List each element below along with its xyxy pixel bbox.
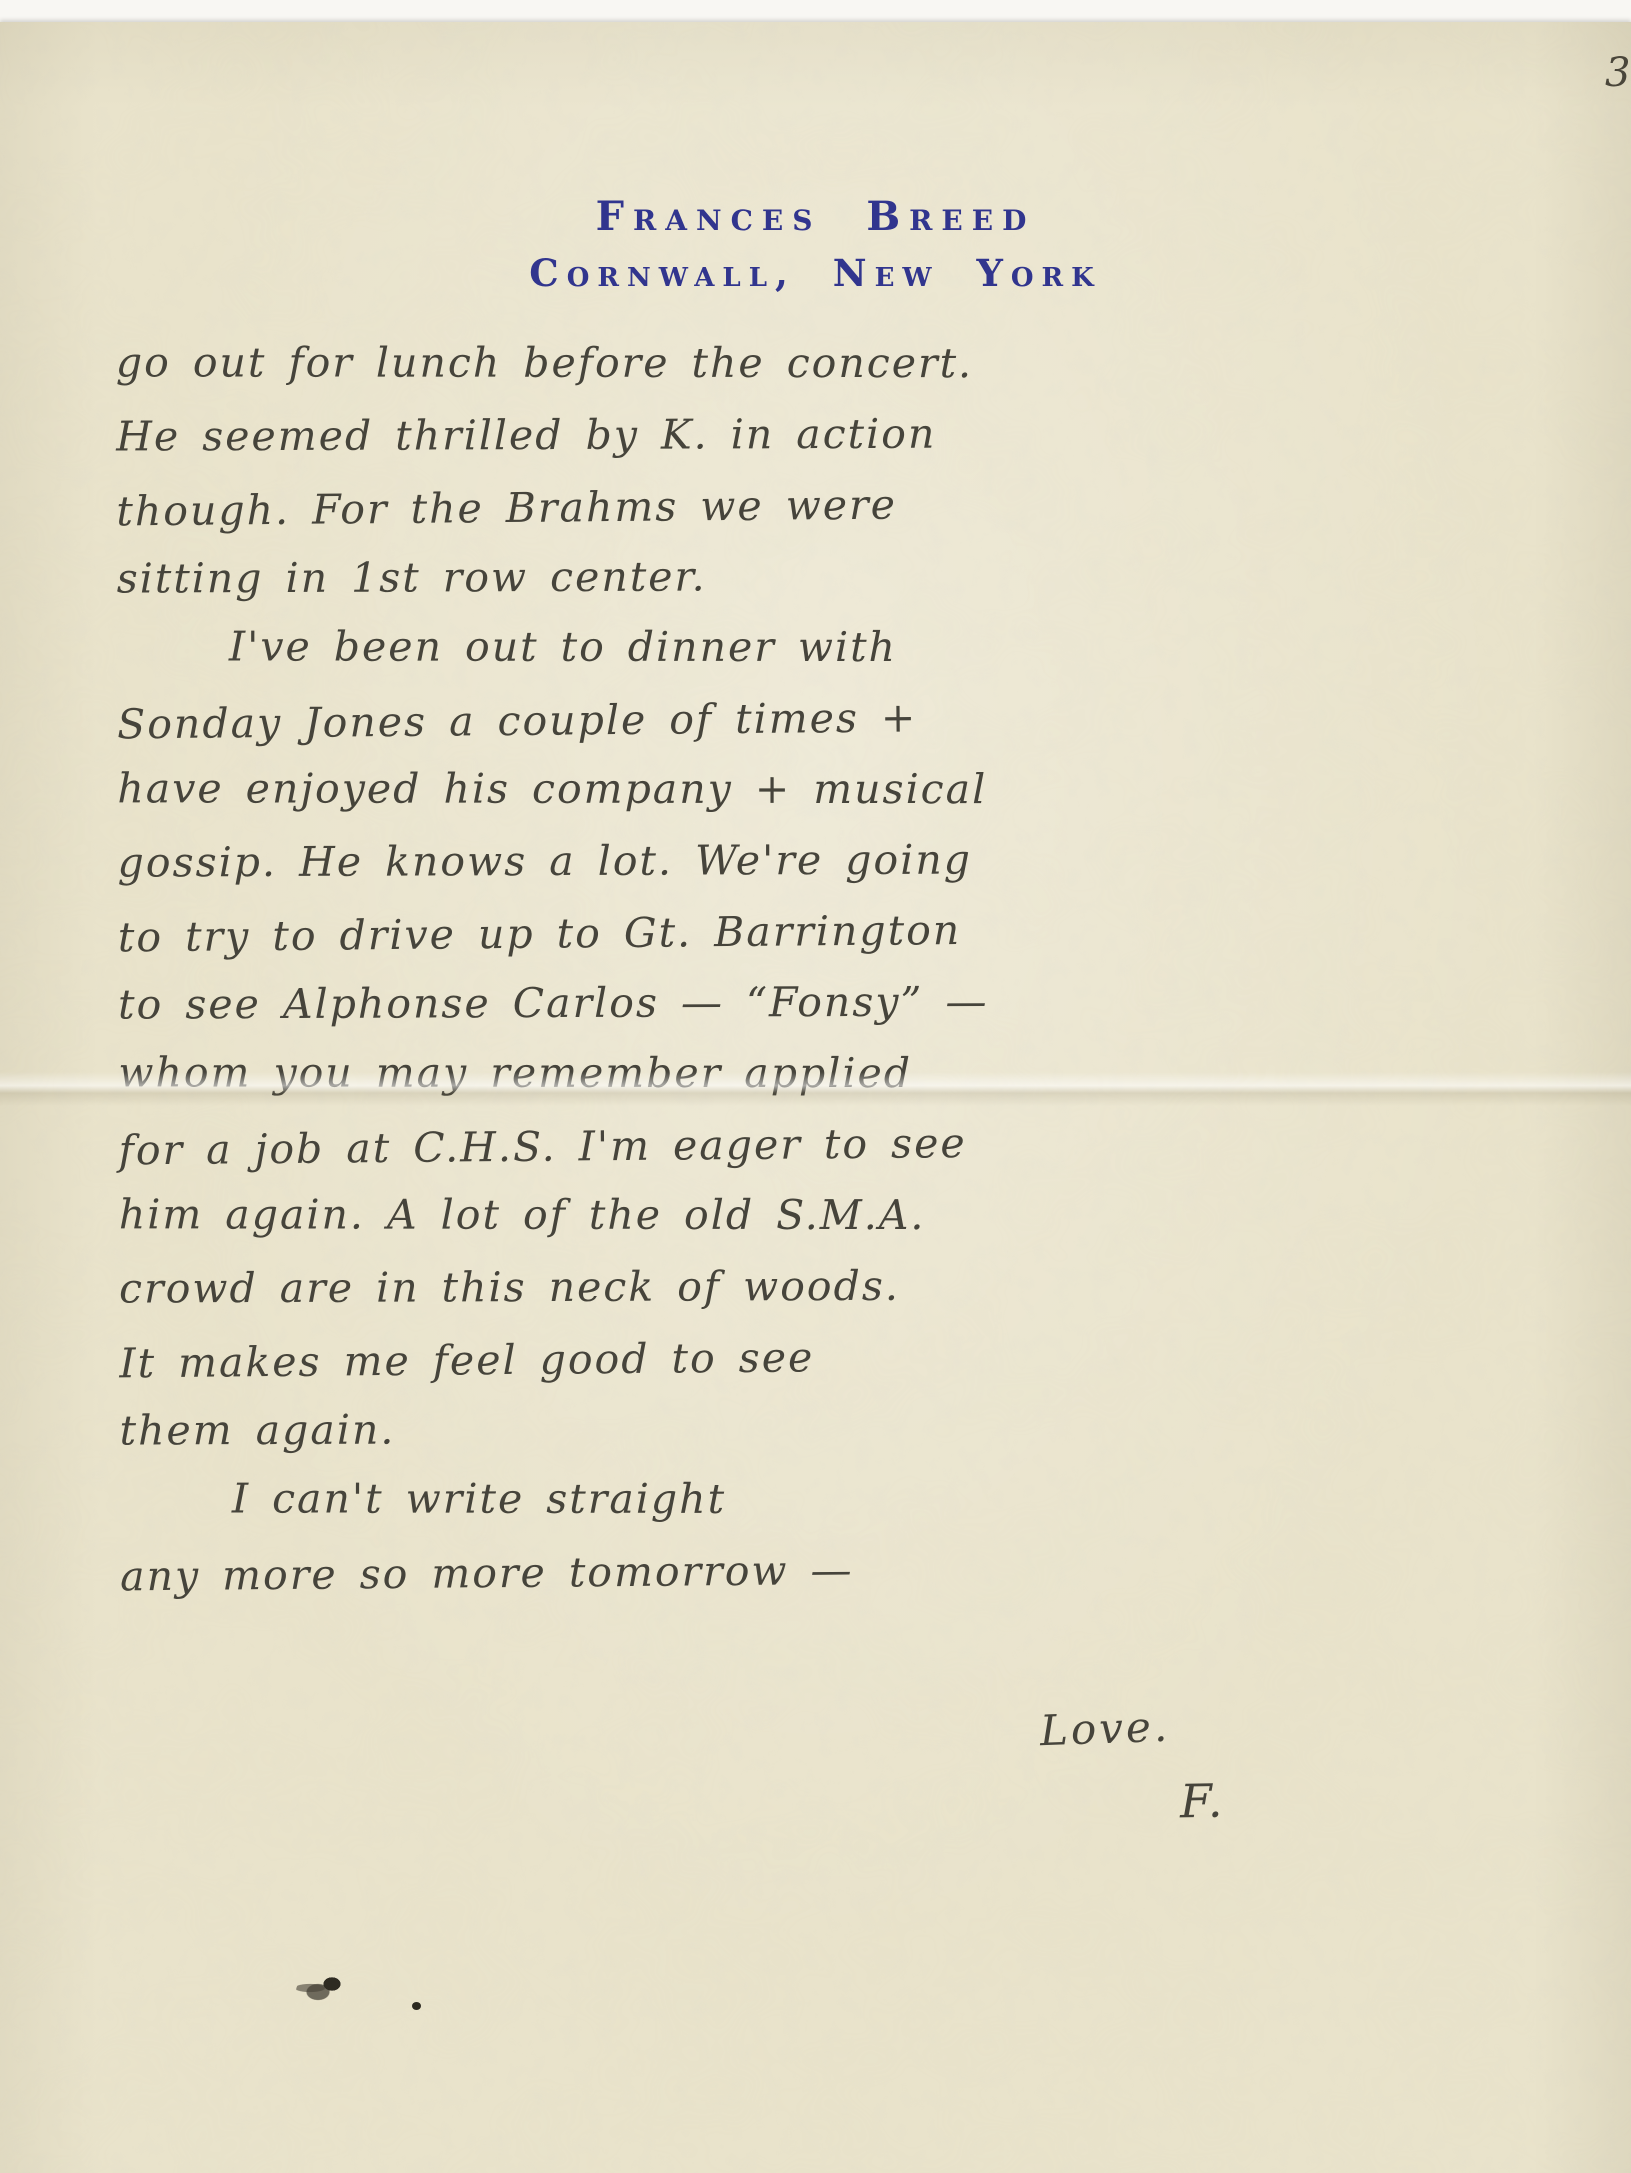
letterhead-name: Frances Breed: [0, 190, 1631, 244]
letter-line: though. For the Brahms we were: [116, 464, 1580, 548]
valediction: Love.: [1039, 1702, 1171, 1756]
letter-page: 3 Frances Breed Cornwall, New York go ou…: [0, 22, 1631, 2173]
letterhead: Frances Breed Cornwall, New York: [0, 190, 1631, 302]
letter-line: It makes me feel good to see: [119, 1316, 1583, 1400]
ink-blot: [296, 1974, 348, 2008]
letter-line: whom you may remember applied: [118, 1037, 1581, 1109]
letter-line: him again. A lot of the old S.M.A.: [119, 1179, 1582, 1251]
letter-line: I can't write straight: [120, 1463, 1583, 1535]
letter-line: to try to drive up to Gt. Barrington: [118, 890, 1582, 974]
letter-line: Sonday Jones a couple of times +: [117, 677, 1581, 761]
letter-line: crowd are in this neck of woods.: [119, 1248, 1582, 1324]
letter-line: to see Alphonse Carlos — “Fonsy” —: [118, 964, 1581, 1040]
letter-line: any more so more tomorrow —: [120, 1529, 1584, 1613]
page-number: 3: [1605, 50, 1631, 96]
letterhead-address: Cornwall, New York: [0, 244, 1631, 302]
letter-line: for a job at C.H.S. I'm eager to see: [118, 1103, 1582, 1187]
letter-line: sitting in 1st row center.: [117, 538, 1580, 614]
letter-line: gossip. He knows a lot. We're going: [118, 822, 1581, 898]
letter-line: He seemed thrilled by K. in action: [116, 396, 1579, 472]
letter-body: go out for lunch before the concert.He s…: [116, 325, 1583, 1608]
letter-line: them again.: [119, 1390, 1582, 1466]
ink-speck: [412, 2002, 421, 2010]
letter-line: go out for lunch before the concert.: [116, 327, 1579, 399]
signature-initial: F.: [1180, 1774, 1226, 1829]
letter-line: I've been out to dinner with: [117, 611, 1580, 683]
letter-line: have enjoyed his company + musical: [117, 753, 1580, 825]
